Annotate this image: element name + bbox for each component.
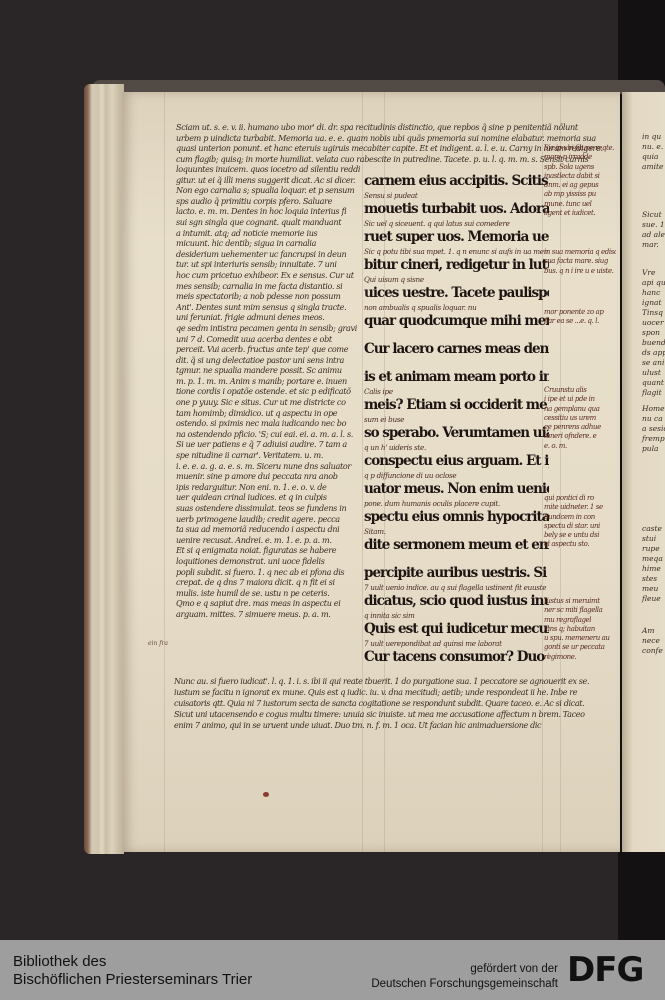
facing-page-text: Sicut — [642, 210, 662, 220]
interlinear-gloss: Calis ipe — [364, 387, 549, 396]
main-text-line: Quis est qui iudicetur mecum? Veniat. — [364, 620, 549, 639]
gloss-line: a intumit. atq; ad noticie memorie ius — [176, 228, 364, 239]
gloss-line: micuunt. hic dentib; sigua in carnalia — [176, 238, 364, 249]
gloss-line: ee penrens adhue — [544, 423, 616, 432]
facing-page-text: mar. — [642, 240, 659, 250]
interlinear-gloss — [364, 667, 549, 676]
gloss-line: mune. tunc uel — [544, 200, 616, 209]
gloss-line: ner sc miti flagella — [544, 606, 616, 615]
funding-line-2: Deutschen Forschungsgemeinschaft — [371, 977, 558, 992]
gloss-line: i. e. e. a. g. a. e. s. m. Siceru nune d… — [176, 461, 364, 472]
facing-page-text: meqa — [642, 554, 663, 564]
interlinear-gloss — [364, 331, 549, 340]
main-text-line: uator meus. Non enim ueniet in con — [364, 480, 549, 499]
gloss-line: fiar ea se ...e. q. l. — [544, 317, 616, 326]
gloss-line: in sua memoria q edisch — [544, 248, 616, 257]
gloss-line: iuneri ofndere. e — [544, 432, 616, 441]
gloss-line: sua facta mare. siug — [544, 257, 616, 266]
gloss-line: sui sgn singla que cognant. qualt mandua… — [176, 217, 364, 228]
interlinear-gloss: sum ei buse — [364, 415, 549, 424]
gloss-line: perceit. Vui acerb. fructus ante tep' qu… — [176, 344, 364, 355]
facing-page-text: ad ale — [642, 230, 665, 240]
gloss-right-block: Justus si meruimtner sc miti flagellamu … — [544, 597, 616, 662]
facing-page-text: a sesich — [642, 424, 665, 434]
gloss-right-block: in sua memoria q edischsua facta mare. s… — [544, 248, 616, 276]
interlinear-gloss: 7 uult uenio indice. au q sui flagella u… — [364, 583, 549, 592]
interlinear-gloss: q un h' uideris ste. — [364, 443, 549, 452]
gloss-bottom-block: Nunc au. si fuero iudicat'. l. q. 1. i. … — [174, 676, 616, 731]
facing-page-text: fleue — [642, 594, 661, 604]
gloss-line: urbem p uindicta turbabit. Memoria ua. e… — [176, 133, 616, 144]
gloss-line: inastlecta dabit si — [544, 172, 616, 181]
facing-page-text: confe — [642, 646, 663, 656]
gloss-line: Justus si meruimt — [544, 597, 616, 606]
gloss-line: ipis redarguitur. Non eni. n. 1. e. o. v… — [176, 482, 364, 493]
gloss-line: uni 7 d. Comedit uua acerba dentes e obt — [176, 334, 364, 345]
interlinear-gloss: q p diffuncione di uu oclose — [364, 471, 549, 480]
facing-page-text: uocer — [642, 318, 664, 328]
facing-page-text: quant — [642, 378, 664, 388]
gloss-line: mes sensib; carnalia in me facta distant… — [176, 281, 364, 292]
gloss-line: lans q; habuitan — [544, 625, 616, 634]
library-line-1: Bibliothek des — [13, 953, 252, 971]
gloss-line: loquuntes inuicem. quos iocetro ad silen… — [176, 164, 364, 175]
facing-page-text: meu — [642, 584, 658, 594]
funding-credit: gefördert von der Deutschen Forschungsge… — [371, 962, 558, 992]
main-text-line: quar quodcumque mihi mens suggesserit. — [364, 312, 549, 331]
gloss-line: uenire recusat. Andrei. e. m. 1. e. p. a… — [176, 535, 364, 546]
gloss-line: tur. ut spi interiuris sensib; innuitate… — [176, 259, 364, 270]
interlinear-gloss: Sitam. — [364, 527, 549, 536]
gloss-line: arguam. mittes. 7 simuere meus. p. a. m. — [176, 609, 364, 620]
facing-page-text: Tinsq — [642, 308, 663, 318]
gloss-line: Cruunstu alis — [544, 386, 616, 395]
facing-page-text: ulust — [642, 368, 661, 378]
gloss-line: uni feruniat. frigie admuni denes meos. — [176, 312, 364, 323]
gloss-line: uer quidean crinal iudices. et q in culp… — [176, 492, 364, 503]
facing-page-text: stui — [642, 534, 656, 544]
gloss-line: ostendo. si pximis nec mala iudicando ne… — [176, 418, 364, 429]
facing-page-text: rupe — [642, 544, 660, 554]
book-page-edges — [84, 84, 124, 854]
gloss-line: ligent et iudicet. — [544, 209, 616, 218]
gloss-line: popli subdit. si fuero. 1. q nec ab ei p… — [176, 567, 364, 578]
facing-page-text: amite — [642, 162, 663, 172]
facing-page-text: flagit — [642, 388, 662, 398]
interlinear-gloss: Sic q potu tibi sua mpet. 1. q n enunc s… — [364, 247, 549, 256]
interlinear-gloss: pone. dum humanis oculis placere cupit. — [364, 499, 549, 508]
interlinear-gloss: q innita sic sim — [364, 611, 549, 620]
facing-page-text: caste — [642, 524, 662, 534]
gloss-line: cessitiu us urem — [544, 414, 616, 423]
gloss-line: Si ue uer patiens e q̃ 7 adiuisi audire.… — [176, 439, 364, 450]
interlinear-gloss: Sic uel q siceuent. q qui latus sui come… — [364, 219, 549, 228]
gloss-line: gonti se ur peccata — [544, 643, 616, 652]
gloss-line: meis spectatorib; a nob pdesse non possu… — [176, 291, 364, 302]
gloss-line: bely se e untu dsi — [544, 531, 616, 540]
gloss-right-block: qui pontici di romite uidneter. 1 sebund… — [544, 494, 616, 550]
gloss-line: mulis. iste humil de se. ustu n pe ceter… — [176, 588, 364, 599]
interlinear-gloss: Sensu si pudeat — [364, 191, 549, 200]
facing-page-text: nece — [642, 636, 660, 646]
interlinear-gloss: 7 uult uerepondibat ad quinsi me laborat — [364, 639, 549, 648]
main-text-line: carnem eius accipitis. Scitis ut se co — [364, 172, 549, 191]
dfg-logo: DFG — [567, 953, 643, 987]
main-text-line: Cur lacero carnes meas dentibus me — [364, 340, 549, 359]
gloss-line: mor ponente zo ap — [544, 308, 616, 317]
gloss-line: dnm. ei ag gepus — [544, 181, 616, 190]
main-text-line: dicatus, scio quod iustus inueniar. — [364, 592, 549, 611]
gloss-line: muenir. sine p amore dui peccata nra ano… — [176, 471, 364, 482]
gloss-line: more p irradde — [544, 153, 616, 162]
main-text-line: Cur tacens consumor? Duo tantum — [364, 648, 549, 667]
gloss-line: na ostendendo pficio. 'S; cui eai. ei. a… — [176, 429, 364, 440]
facing-page-text: frempe — [642, 434, 665, 444]
gloss-line: sps audio q̃ primitiu corpis pfero. Salu… — [176, 196, 364, 207]
gloss-line: spb. Sola ugens — [544, 163, 616, 172]
facing-page-text: buend — [642, 338, 665, 348]
main-text-line: mouetis turbabit uos. Adorari — [364, 200, 549, 219]
gloss-line: Sicut uni utacensendo e cogus multu time… — [174, 709, 616, 720]
facing-page-text: api qu — [642, 278, 665, 288]
ruling-line — [164, 92, 165, 852]
gloss-line: Non ego carnalia s; spualia loquar. et p… — [176, 185, 364, 196]
facing-page-text: ds app — [642, 348, 665, 358]
gloss-right-block: Sic ip ubi fuune reqte. 2 pona rimore p … — [544, 144, 616, 218]
gloss-line: regimone. — [544, 653, 616, 662]
main-text-line: conspectu eius arguam. Et ipse erit sal — [364, 452, 549, 471]
facing-page-text: stes — [642, 574, 657, 584]
main-text-line: spectu eius omnis hypocrita. Au — [364, 508, 549, 527]
gloss-line: gitur. ut ei q̃ illi mens suggerit dicat… — [176, 175, 364, 186]
gloss-line: cuisatoris qtt. Quia ni 7 iustorum secta… — [174, 698, 616, 709]
gloss-left-column: loquuntes inuicem. quos iocetro ad silen… — [176, 164, 364, 620]
main-text-line: dite sermonem meum et enigmata — [364, 536, 549, 555]
ink-stain — [263, 792, 269, 797]
facing-page-text: spon — [642, 328, 660, 338]
facing-page-text: Home — [642, 404, 665, 414]
gloss-line: ta sua ad memoriã reducendo i aspectu dn… — [176, 524, 364, 535]
library-name: Bibliothek des Bischöflichen Priestersem… — [13, 953, 252, 989]
facing-page-text: Vre — [642, 268, 655, 278]
gloss-line: mu regraflagel — [544, 616, 616, 625]
gloss-line: e. o. m. — [544, 442, 616, 451]
gloss-line: tione cordis i opatõe ostende. et sic p … — [176, 386, 364, 397]
interlinear-gloss — [364, 555, 549, 564]
gloss-line: qui pontici di ro — [544, 494, 616, 503]
gloss-line: m. p. 1. m. m. Anim s manib; portare e. … — [176, 376, 364, 387]
gloss-line: mite uidneter. 1 se — [544, 503, 616, 512]
gloss-line: one p yuuy. Sic e situs. Cur ut me distr… — [176, 397, 364, 408]
gloss-line: bundcem in con — [544, 513, 616, 522]
main-text-line: uices uestre. Tacete paulisper ut lo — [364, 284, 549, 303]
gloss-line: crepat. de q dns 7 maiora dicit. q n fit… — [176, 577, 364, 588]
facing-page-text: nu. e. — [642, 142, 663, 152]
main-text-line: so sperabo. Verumtamen uias meas in — [364, 424, 549, 443]
gloss-line: tgmur. ne spualia mandere possit. Sc ani… — [176, 365, 364, 376]
gloss-line: ei aspectu sto. — [544, 540, 616, 549]
interlinear-gloss: Qui uisum q sisne — [364, 275, 549, 284]
facing-page-text: sue. 1 — [642, 220, 665, 230]
gloss-line: na gemplanu qua — [544, 405, 616, 414]
gloss-line: i ipe et ui pde in — [544, 395, 616, 404]
gloss-line: bus. q n i ire u e uiste. — [544, 267, 616, 276]
gloss-line: enim 7 animo, qui in se uruent unde uiua… — [174, 720, 616, 731]
gloss-line: spectu di star. uni — [544, 522, 616, 531]
gloss-line: uerb primogene laudib; credit agere. pec… — [176, 514, 364, 525]
footer-banner: Bibliothek des Bischöflichen Priestersem… — [0, 940, 665, 1000]
gloss-line: spe nitudine ii carnar'. Veritatem. u. m… — [176, 450, 364, 461]
gloss-line: Sciam ut. s. e. v. ii. humano ubo mor' d… — [176, 122, 616, 133]
main-text-line: is et animam meam porto in manibus — [364, 368, 549, 387]
facing-page-text: pula — [642, 444, 659, 454]
facing-page-text: hime — [642, 564, 661, 574]
gloss-line: u spu. memeneru au — [544, 634, 616, 643]
gloss-line: hoc cum pricetuo exhibeor. Ex e sensus. … — [176, 270, 364, 281]
facing-page-text: in qu — [642, 132, 661, 142]
main-text-line: meis? Etiam si occiderit me in ip — [364, 396, 549, 415]
margin-note: ein fra — [148, 640, 168, 647]
gloss-line: qe sedm intistra pecamen genta in sensib… — [176, 323, 364, 334]
gloss-line: dit. q̃ si ung delectatioe pastor uni se… — [176, 355, 364, 366]
main-text-line: ruet super uos. Memoria uestra copia — [364, 228, 549, 247]
gloss-line: lacto. e. m. m. Dentes in hoc loquia int… — [176, 206, 364, 217]
gloss-line: Qmo e q sapiut dre. mas meas in aspectu … — [176, 598, 364, 609]
facing-page-text: hanc — [642, 288, 660, 298]
gloss-line: loquitiones demonstrat. uni uoce fidelis — [176, 556, 364, 567]
gloss-right-block: Cruunstu alisi ipe et ui pde inna gempla… — [544, 386, 616, 451]
facing-page-text: Am — [642, 626, 655, 636]
facing-page-text: quia — [642, 152, 659, 162]
gloss-line: suas ostendere dissimulat. teos se funde… — [176, 503, 364, 514]
main-text-line: percipite auribus uestris. Si fuero iu — [364, 564, 549, 583]
interlinear-gloss — [364, 359, 549, 368]
gloss-line: tam homimb; dimidico. ut q aspectu in op… — [176, 408, 364, 419]
gloss-line: iustum se facitu n ignorat ex mune. Quis… — [174, 687, 616, 698]
funding-line-1: gefördert von der — [371, 962, 558, 977]
facing-page-text: se ani — [642, 358, 664, 368]
gloss-line: Ant'. Dentes sunt mim sensus q singla tr… — [176, 302, 364, 313]
gloss-line: Et si q enigmata noiat. figuratas se hab… — [176, 545, 364, 556]
library-line-2: Bischöflichen Priesterseminars Trier — [13, 971, 252, 989]
gloss-line: Sic ip ubi fuune reqte. 2 pona ri — [544, 144, 616, 153]
facing-page-text: ignat — [642, 298, 662, 308]
gloss-line: desiderium uehementer uc fancrupsi in de… — [176, 249, 364, 260]
facing-page-text: nu ca — [642, 414, 663, 424]
facing-page-edge: in qunu. e.quiaamiteSicutsue. 1ad alemar… — [622, 92, 665, 852]
gloss-line: ab mp yississ pu — [544, 190, 616, 199]
interlinear-gloss: non ambualis q spualis loquar. nu — [364, 303, 549, 312]
gloss-line: Nunc au. si fuero iudicat'. l. q. 1. i. … — [174, 676, 616, 687]
main-text-line: bitur cineri, redigetur in lutum cer — [364, 256, 549, 275]
main-text-column: carnem eius accipitis. Scitis ut se coSe… — [364, 172, 549, 676]
gloss-right-block: mor ponente zo apfiar ea se ...e. q. l. — [544, 308, 616, 327]
